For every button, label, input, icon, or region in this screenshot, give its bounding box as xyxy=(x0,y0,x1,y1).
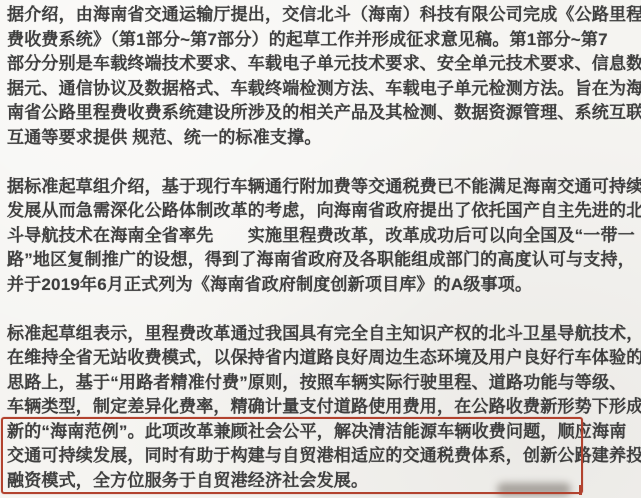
text-line: 据标准起草组介绍，基于现行车辆通行附加费等交通税费已不能满足海南交通可持续 xyxy=(7,175,637,200)
text-line: 路”地区复制推广的设想，得到了海南省政府及各职能组成部门的高度认可与支持， xyxy=(7,248,637,273)
text-line: 据元、通信协议及数据格式、车载终端检测方法、车载电子单元检测方法。旨在为海 xyxy=(7,77,637,102)
text-line: 互通等要求提供 规范、统一的标准支撑。 xyxy=(7,126,637,151)
text-line: 标准起草组表示，里程费改革通过我国具有完全自主知识产权的北斗卫星导航技术， xyxy=(7,322,637,347)
text-line: 思路上，基于“用路者精准付费”原则，按照车辆实际行驶里程、道路功能与等级、 xyxy=(7,371,637,396)
text-line: 融资模式，全方位服务于自贸港经济社会发展。 xyxy=(7,469,637,494)
text-line: 并于2019年6月正式列为《海南省政府制度创新项目库》的A级事项。 xyxy=(7,273,637,298)
text-line: 费收费系统》（第1部分~第7部分）的起草工作并形成征求意见稿。第1部分~第7 xyxy=(7,28,637,53)
text-line: 车辆类型，制定差异化费率，精确计量支付道路使用费用，在公路收费新形势下形成 xyxy=(7,395,637,420)
text-line: 在维持全省无站收费模式，以保持省内道路良好周边生态环境及用户良好行车体验的 xyxy=(7,346,637,371)
article-text: 据介绍，由海南省交通运输厅提出，交信北斗（海南）科技有限公司完成《公路里程 费收… xyxy=(7,3,637,493)
text-line: 据介绍，由海南省交通运输厅提出，交信北斗（海南）科技有限公司完成《公路里程 xyxy=(7,3,637,28)
text-line: 南省公路里程费收费系统建设所涉及的相关产品及其检测、数据资源管理、系统互联 xyxy=(7,101,637,126)
paragraph-2: 据标准起草组介绍，基于现行车辆通行附加费等交通税费已不能满足海南交通可持续 发展… xyxy=(7,175,637,298)
document-page: 据介绍，由海南省交通运输厅提出，交信北斗（海南）科技有限公司完成《公路里程 费收… xyxy=(0,0,641,498)
text-line: 发展从而急需深化公路体制改革的考虑，向海南省政府提出了依托国产自主先进的北 xyxy=(7,199,637,224)
text-line: 部分分别是车载终端技术要求、车载电子单元技术要求、安全单元技术要求、信息数 xyxy=(7,52,637,77)
text-line: 斗导航技术在海南全省率先 实施里程费改革，改革成功后可以向全国及“一带一 xyxy=(7,224,637,249)
paragraph-3: 标准起草组表示，里程费改革通过我国具有完全自主知识产权的北斗卫星导航技术， 在维… xyxy=(7,322,637,494)
text-line: 交通可持续发展，同时有助于构建与自贸港相适应的交通税费体系，创新公路建养投 xyxy=(7,444,637,469)
text-line: 新的“海南范例”。此项改革兼顾社会公平，解决清洁能源车辆收费问题，顺应海南 xyxy=(7,420,637,445)
paragraph-1: 据介绍，由海南省交通运输厅提出，交信北斗（海南）科技有限公司完成《公路里程 费收… xyxy=(7,3,637,150)
